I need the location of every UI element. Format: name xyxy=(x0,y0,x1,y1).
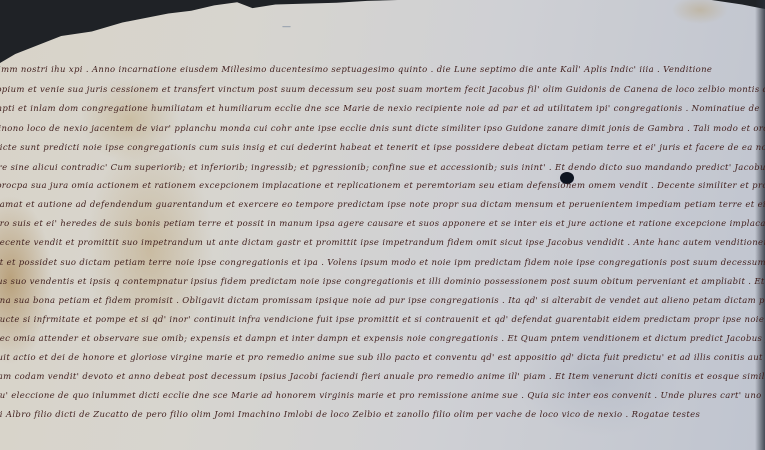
text-line: ius suo vendentis et ipsis q contempnatu… xyxy=(0,276,765,286)
text-line: hec omia attender et observare sue omib;… xyxy=(0,333,765,343)
text-line: decente vendit et promittit suo impetran… xyxy=(0,237,765,247)
text-line: mpti et inlam dom congregatione humiliat… xyxy=(0,103,760,113)
text-line: tre sine alicui contradic' Cum superiori… xyxy=(0,162,765,172)
text-line: ducte si infrmitate et pompe et si qd' i… xyxy=(0,314,765,324)
text-line: rinono loco de nexio jacentem de viar' p… xyxy=(0,123,765,133)
text-line: ppium et venie sua juris cessionem et tr… xyxy=(0,84,765,94)
text-line: dicte sunt predicti noie ipse congregati… xyxy=(0,142,765,152)
text-line: imm nostri ihu xpi . Anno incarnatione e… xyxy=(0,64,712,74)
text-line: procpa sua jura omia actionem et ratione… xyxy=(0,180,765,190)
text-line: du' eleccione de quo inlummet dicti eccl… xyxy=(0,390,765,400)
text-line: pro suis et ei' heredes de suis bonis pe… xyxy=(0,218,765,228)
text-line: tam codam vendit' devoto et anno debeat … xyxy=(0,371,765,381)
text-line: dna sua bona petiam et fidem promisit . … xyxy=(0,295,765,305)
text-line: fuit actio et dei de honore et gloriose … xyxy=(0,352,763,362)
text-line: tamat et autione ad defendendum guarenta… xyxy=(0,199,765,209)
text-line: bi Albro filio dicti de Zucatto de pero … xyxy=(0,409,700,419)
pencil-mark: — xyxy=(282,22,291,32)
text-line: ut et possidet suo dictam petiam terre n… xyxy=(0,257,765,267)
